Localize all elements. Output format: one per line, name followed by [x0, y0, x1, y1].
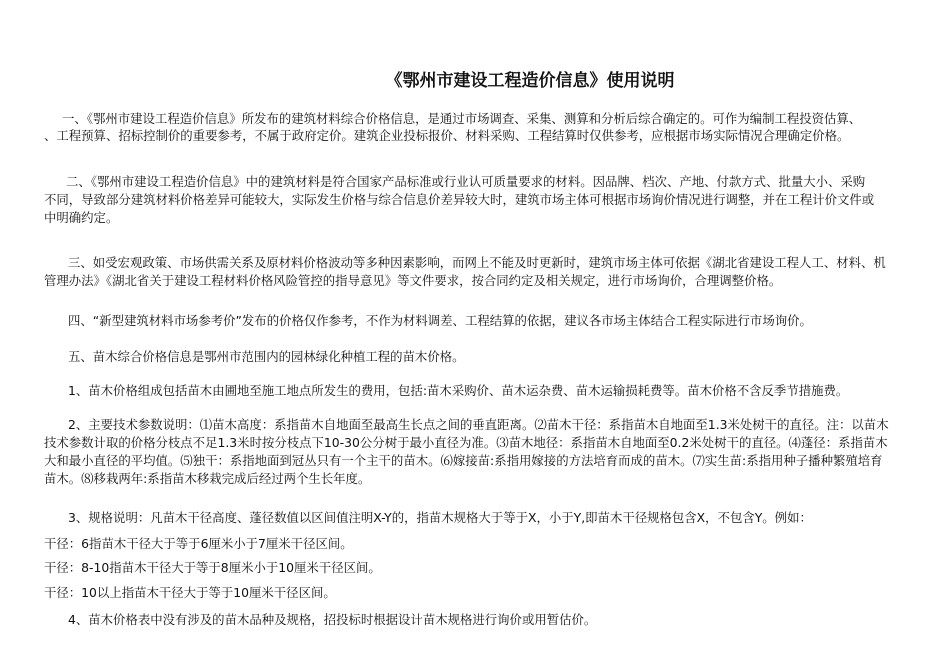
paragraph-2-line-3: 中明确约定。	[44, 209, 118, 226]
paragraph-3-line-1: 三、如受宏观政策、市场供需关系及原材料价格波动等多种因素影响，而网上不能及时更新…	[68, 254, 886, 271]
paragraph-5-line-1: 五、苗木综合价格信息是鄂州市范围内的园林绿化种植工程的苗木价格。	[68, 348, 465, 365]
paragraph-1-line-2: 、工程预算、招标控制价的重要参考，不属于政府定价。建筑企业投标报价、材料采购、工…	[44, 127, 849, 144]
paragraph-5-2-line-2: 技术参数计取的价格分枝点不足1.3米时按分枝点下10-30公分树于最小直径为准。…	[44, 434, 888, 451]
paragraph-3-line-2: 管理办法》《湖北省关于建设工程材料价格风险管控的指导意见》等文件要求，按合同约定…	[44, 272, 781, 289]
paragraph-2-line-2: 不同，导致部分建筑材料价格差异可能较大，实际发生价格与综合信息价差异较大时，建筑…	[44, 191, 874, 208]
paragraph-5-2-line-4: 苗木。⑻移栽两年:系指苗木移栽完成后经过两个生长年度。	[44, 470, 370, 487]
paragraph-5-1-line-1: 1、苗木价格组成包括苗木由圃地至施工地点所发生的费用，包括:苗木采购价、苗木运杂…	[68, 382, 848, 399]
paragraph-5-3-example-3: 干径：10以上指苗木干径大于等于10厘米干径区间。	[44, 584, 336, 601]
document-page: 《鄂州市建设工程造价信息》使用说明 一、《鄂州市建设工程造价信息》所发布的建筑材…	[0, 0, 950, 672]
document-title: 《鄂州市建设工程造价信息》使用说明	[0, 66, 950, 91]
paragraph-1-line-1: 一、《鄂州市建设工程造价信息》所发布的建筑材料综合价格信息，是通过市场调查、采集…	[62, 110, 861, 127]
paragraph-5-3-example-1: 干径：6指苗木干径大于等于6厘米小于7厘米干径区间。	[44, 535, 353, 552]
paragraph-5-3-example-2: 干径：8-10指苗木干径大于等于8厘米小于10厘米干径区间。	[44, 559, 381, 576]
paragraph-5-2-line-3: 大和最小直径的平均值。⑸独干：系指地面到冠丛只有一个主干的苗木。⑹嫁接苗:系指用…	[44, 452, 883, 469]
paragraph-5-2-line-1: 2、主要技术参数说明：⑴苗木高度：系指苗木自地面至最高生长点之间的垂直距离。⑵苗…	[68, 416, 889, 433]
paragraph-4-line-1: 四、“新型建筑材料市场参考价”发布的价格仅作参考，不作为材料调差、工程结算的依据…	[68, 312, 812, 329]
paragraph-5-4-line-1: 4、苗木价格表中没有涉及的苗木品种及规格，招投标时根据设计苗木规格进行询价或用暂…	[68, 611, 596, 628]
paragraph-2-line-1: 二、《鄂州市建设工程造价信息》中的建筑材料是符合国家产品标准或行业认可质量要求的…	[66, 173, 865, 190]
paragraph-5-3-line-1: 3、规格说明：凡苗木干径高度、蓬径数值以区间值注明X-Y的，指苗木规格大于等于X…	[68, 509, 812, 526]
